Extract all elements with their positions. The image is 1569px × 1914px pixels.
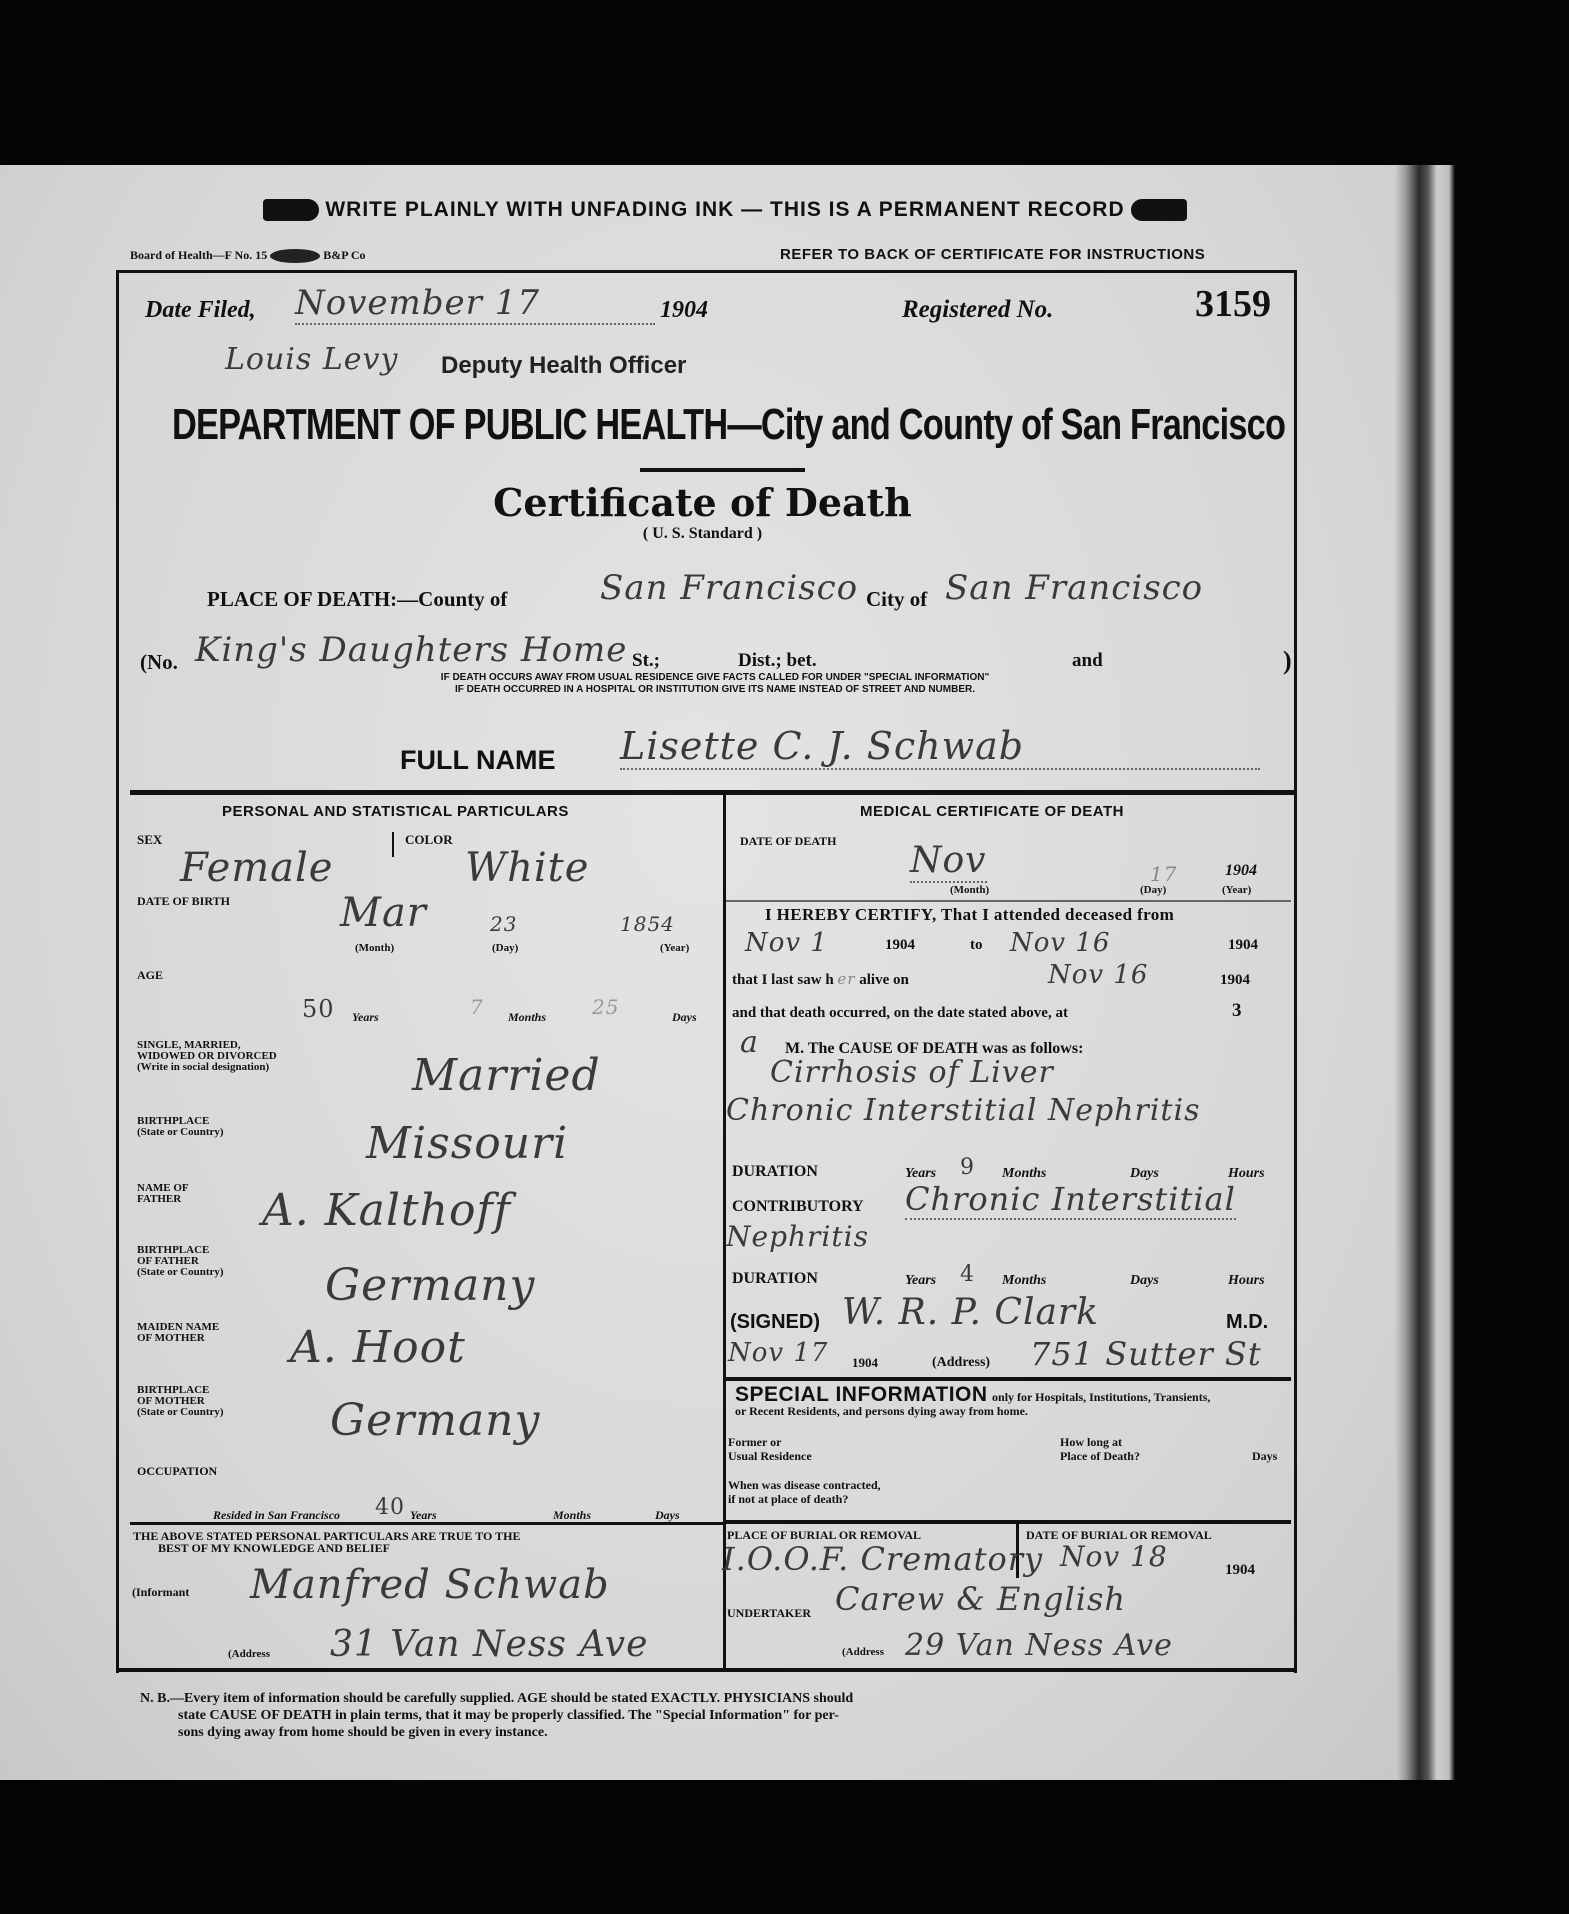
how-long-label: How long at Place of Death? bbox=[1060, 1435, 1140, 1463]
father-name-value: A. Kalthoff bbox=[262, 1185, 511, 1236]
resided-years-caption: Years bbox=[410, 1508, 437, 1523]
informant-value: Manfred Schwab bbox=[250, 1562, 610, 1608]
age-years: 50 bbox=[302, 995, 335, 1023]
physician-address-value: 751 Sutter St bbox=[1030, 1335, 1262, 1373]
color-label: COLOR bbox=[405, 832, 453, 848]
date-filed-year: 1904 bbox=[660, 297, 708, 324]
attended-from: Nov 1 bbox=[745, 928, 828, 958]
bottom-rule bbox=[116, 1668, 1294, 1672]
birthplace-value: Missouri bbox=[366, 1118, 568, 1169]
last-saw-year: 1904 bbox=[1220, 972, 1250, 989]
signed-date: Nov 17 bbox=[728, 1338, 828, 1368]
dob-year: 1854 bbox=[620, 912, 675, 936]
street-address-value: King's Daughters Home bbox=[195, 630, 627, 670]
department-title: DEPARTMENT OF PUBLIC HEALTH—City and Cou… bbox=[172, 400, 1264, 450]
contributory-line-2: Nephritis bbox=[726, 1220, 869, 1253]
medical-section-title: MEDICAL CERTIFICATE OF DEATH bbox=[860, 803, 1124, 820]
cause-line-1: Cirrhosis of Liver bbox=[770, 1055, 1054, 1090]
informant-address-value: 31 Van Ness Ave bbox=[330, 1624, 648, 1665]
informant-label: (Informant bbox=[132, 1585, 189, 1600]
mother-name-label: MAIDEN NAME OF MOTHER bbox=[137, 1322, 219, 1344]
instructions-ref: REFER TO BACK OF CERTIFICATE FOR INSTRUC… bbox=[780, 246, 1205, 263]
printer-seal-icon bbox=[270, 249, 320, 263]
no-label: (No. bbox=[140, 650, 178, 675]
marital-label: SINGLE, MARRIED, WIDOWED OR DIVORCED (Wr… bbox=[137, 1040, 277, 1073]
officer-title: Deputy Health Officer bbox=[441, 352, 686, 380]
binding-edge bbox=[1395, 165, 1455, 1780]
dod-rule bbox=[726, 900, 1291, 902]
full-name-label: FULL NAME bbox=[400, 745, 556, 776]
dist-label: Dist.; bet. bbox=[738, 650, 817, 672]
special-rule bbox=[726, 1377, 1291, 1381]
cause-line-2: Chronic Interstitial Nephritis bbox=[726, 1093, 1200, 1128]
attended-from-year: 1904 bbox=[885, 937, 915, 954]
duration-2-days-caption: Days bbox=[1130, 1273, 1159, 1289]
undertaker-value: Carew & English bbox=[835, 1580, 1126, 1618]
md-label: M.D. bbox=[1226, 1311, 1268, 1334]
certify-text: I HEREBY CERTIFY, That I attended deceas… bbox=[765, 905, 1174, 925]
and-label: and bbox=[1072, 650, 1103, 672]
informant-address-label: (Address bbox=[228, 1648, 270, 1660]
dob-year-caption: (Year) bbox=[660, 943, 689, 954]
attended-to: Nov 16 bbox=[1010, 928, 1110, 958]
age-days-caption: Days bbox=[672, 1010, 697, 1025]
duration-2-label: DURATION bbox=[732, 1270, 818, 1288]
mother-birthplace-label: BIRTHPLACE OF MOTHER (State or Country) bbox=[137, 1385, 224, 1418]
sex-color-divider bbox=[392, 832, 394, 857]
pointing-hand-icon bbox=[1131, 199, 1187, 221]
footer-note: N. B.—Every item of information should b… bbox=[140, 1690, 1240, 1741]
dob-month-caption: (Month) bbox=[355, 943, 394, 954]
certificate-title: Certificate of Death bbox=[0, 480, 1405, 525]
to-label: to bbox=[970, 937, 983, 954]
former-residence-label: Former or Usual Residence bbox=[728, 1435, 812, 1463]
marital-value: Married bbox=[412, 1050, 601, 1101]
duration-1-label: DURATION bbox=[732, 1163, 818, 1181]
physician-signature: W. R. P. Clark bbox=[842, 1292, 1099, 1333]
resided-years: 40 bbox=[375, 1495, 405, 1520]
pointing-hand-icon bbox=[263, 199, 319, 221]
age-months: 7 bbox=[470, 995, 484, 1019]
place-of-death-label: PLACE OF DEATH:—County of bbox=[207, 587, 507, 612]
signed-year: 1904 bbox=[852, 1355, 878, 1371]
father-birthplace-label: BIRTHPLACE OF FATHER (State or Country) bbox=[137, 1245, 224, 1278]
special-title: SPECIAL INFORMATION only for Hospitals, … bbox=[735, 1383, 1285, 1419]
contributory-line-1: Chronic Interstitial bbox=[905, 1180, 1236, 1220]
close-paren: ) bbox=[1283, 646, 1292, 676]
last-saw-text: that I last saw h er alive on bbox=[732, 970, 909, 989]
duration-1-months: 9 bbox=[960, 1155, 975, 1180]
registered-number: 3159 bbox=[1195, 282, 1271, 326]
resided-months-caption: Months bbox=[553, 1508, 591, 1523]
county-value: San Francisco bbox=[600, 568, 858, 608]
personal-section-title: PERSONAL AND STATISTICAL PARTICULARS bbox=[222, 803, 569, 820]
banner: WRITE PLAINLY WITH UNFADING INK — THIS I… bbox=[185, 198, 1265, 222]
dod-label: DATE OF DEATH bbox=[740, 834, 836, 849]
physician-address-label: (Address) bbox=[932, 1355, 990, 1371]
attended-to-year: 1904 bbox=[1228, 937, 1258, 954]
dob-day-caption: (Day) bbox=[492, 943, 518, 954]
date-filed-value: November 17 bbox=[295, 283, 655, 325]
certificate-standard: ( U. S. Standard ) bbox=[0, 525, 1405, 543]
undertaker-label: UNDERTAKER bbox=[727, 1608, 811, 1619]
informant-rule bbox=[130, 1522, 724, 1525]
undertaker-address-value: 29 Van Ness Ave bbox=[905, 1628, 1173, 1663]
contributory-label: CONTRIBUTORY bbox=[732, 1198, 864, 1216]
date-filed-label: Date Filed, bbox=[145, 297, 256, 324]
city-value: San Francisco bbox=[945, 568, 1203, 608]
usual-residence-note: IF DEATH OCCURS AWAY FROM USUAL RESIDENC… bbox=[285, 672, 1145, 696]
father-birthplace-value: Germany bbox=[325, 1260, 535, 1311]
death-time-text: and that death occurred, on the date sta… bbox=[732, 1005, 1068, 1022]
burial-place-value: I.O.O.F. Crematory bbox=[722, 1540, 1043, 1578]
informant-statement: THE ABOVE STATED PERSONAL PARTICULARS AR… bbox=[133, 1530, 718, 1554]
occupation-label: OCCUPATION bbox=[137, 1464, 217, 1479]
death-hour: 3 bbox=[1232, 1000, 1242, 1022]
duration-2-months-caption: Months bbox=[1002, 1273, 1046, 1289]
burial-date-value: Nov 18 bbox=[1060, 1540, 1168, 1573]
dod-month: Nov bbox=[910, 840, 987, 883]
form-id: Board of Health—F No. 15 B&P Co bbox=[130, 248, 366, 263]
duration-2-months: 4 bbox=[960, 1262, 975, 1287]
dod-day: 17 bbox=[1150, 862, 1177, 886]
full-name-value: Lisette C. J. Schwab bbox=[620, 724, 1260, 770]
dod-day-caption: (Day) bbox=[1140, 885, 1166, 896]
dob-day: 23 bbox=[490, 912, 517, 936]
dob-month: Mar bbox=[340, 890, 427, 936]
undertaker-address-label: (Address bbox=[842, 1646, 884, 1658]
age-months-caption: Months bbox=[508, 1010, 546, 1025]
dod-month-caption: (Month) bbox=[950, 885, 989, 896]
age-years-caption: Years bbox=[352, 1010, 379, 1025]
sex-label: SEX bbox=[137, 832, 162, 848]
days-label: Days bbox=[1252, 1449, 1277, 1464]
dod-year-caption: (Year) bbox=[1222, 885, 1251, 896]
dod-year: 1904 bbox=[1225, 862, 1257, 880]
father-name-label: NAME OF FATHER bbox=[137, 1183, 189, 1205]
full-name-rule bbox=[130, 790, 1295, 795]
mother-birthplace-value: Germany bbox=[330, 1395, 540, 1446]
duration-2-years-caption: Years bbox=[905, 1273, 936, 1289]
burial-year-value: 1904 bbox=[1225, 1562, 1255, 1579]
dob-label: DATE OF BIRTH bbox=[137, 894, 230, 909]
officer-signature: Louis Levy bbox=[225, 342, 398, 377]
sex-value: Female bbox=[180, 845, 333, 891]
signed-label: (SIGNED) bbox=[730, 1311, 820, 1334]
contracted-label: When was disease contracted, if not at p… bbox=[728, 1478, 881, 1506]
st-label: St.; bbox=[632, 650, 660, 672]
am-value: a bbox=[740, 1025, 759, 1060]
title-divider bbox=[640, 468, 805, 472]
duration-2-hours-caption: Hours bbox=[1228, 1273, 1265, 1289]
resided-label: Resided in San Francisco bbox=[213, 1508, 340, 1523]
resided-days-caption: Days bbox=[655, 1508, 680, 1523]
mother-name-value: A. Hoot bbox=[290, 1322, 466, 1373]
age-days: 25 bbox=[592, 995, 619, 1019]
registered-label: Registered No. bbox=[902, 296, 1053, 324]
birthplace-label: BIRTHPLACE (State or Country) bbox=[137, 1116, 224, 1138]
age-label: AGE bbox=[137, 968, 163, 983]
burial-rule bbox=[726, 1520, 1291, 1524]
color-value: White bbox=[465, 845, 589, 891]
last-saw-date: Nov 16 bbox=[1048, 960, 1148, 990]
city-label: City of bbox=[866, 587, 927, 612]
